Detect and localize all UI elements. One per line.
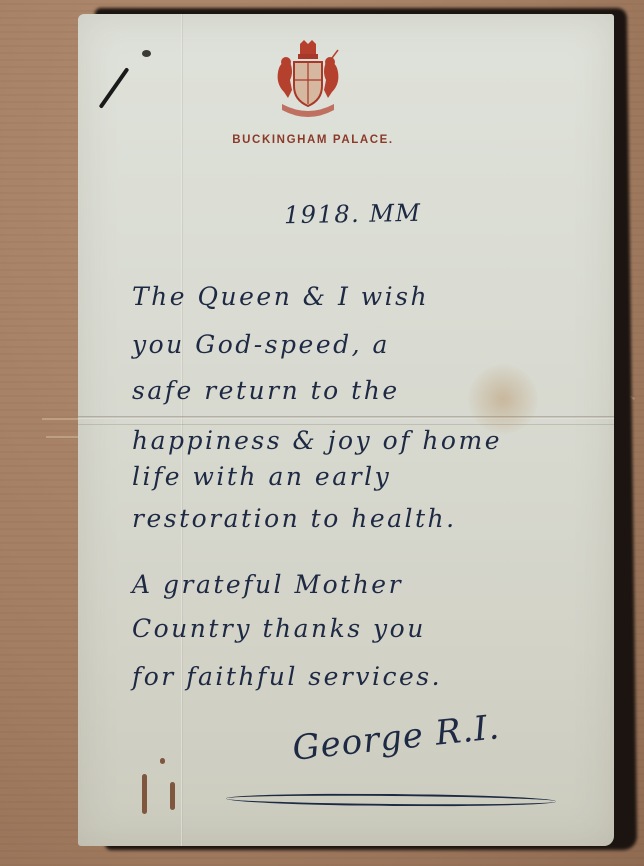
body-line: The Queen & I wish bbox=[132, 282, 429, 311]
body-line: restoration to health. bbox=[132, 504, 457, 533]
body-line: you God-speed, a bbox=[132, 330, 390, 359]
royal-signature: George R.I. bbox=[290, 707, 501, 769]
body-line: safe return to the bbox=[132, 376, 400, 405]
pin-icon bbox=[99, 67, 130, 109]
closing-line: for faithful services. bbox=[132, 662, 442, 691]
loose-thread-left-lower bbox=[46, 436, 80, 438]
body-line: life with an early bbox=[132, 462, 391, 491]
water-stain bbox=[468, 364, 538, 434]
letter-date: 1918. MM bbox=[284, 199, 422, 229]
closing-line: Country thanks you bbox=[132, 614, 426, 643]
horizontal-fold-crease bbox=[78, 416, 614, 419]
horizontal-fold-crease-secondary bbox=[78, 424, 614, 425]
pin-hole bbox=[142, 50, 151, 57]
closing-line: A grateful Mother bbox=[132, 570, 403, 599]
signature-flourish bbox=[226, 793, 556, 808]
rust-stain bbox=[160, 758, 165, 764]
body-line: happiness & joy of home bbox=[132, 426, 502, 455]
letter-page: BUCKINGHAM PALACE. 1918. MM The Queen & … bbox=[78, 14, 614, 846]
rust-stain bbox=[142, 774, 147, 814]
letterhead-title: BUCKINGHAM PALACE. bbox=[78, 134, 548, 146]
royal-coat-of-arms-icon bbox=[260, 40, 356, 126]
loose-thread-left bbox=[42, 418, 82, 420]
rust-stain bbox=[170, 782, 175, 810]
